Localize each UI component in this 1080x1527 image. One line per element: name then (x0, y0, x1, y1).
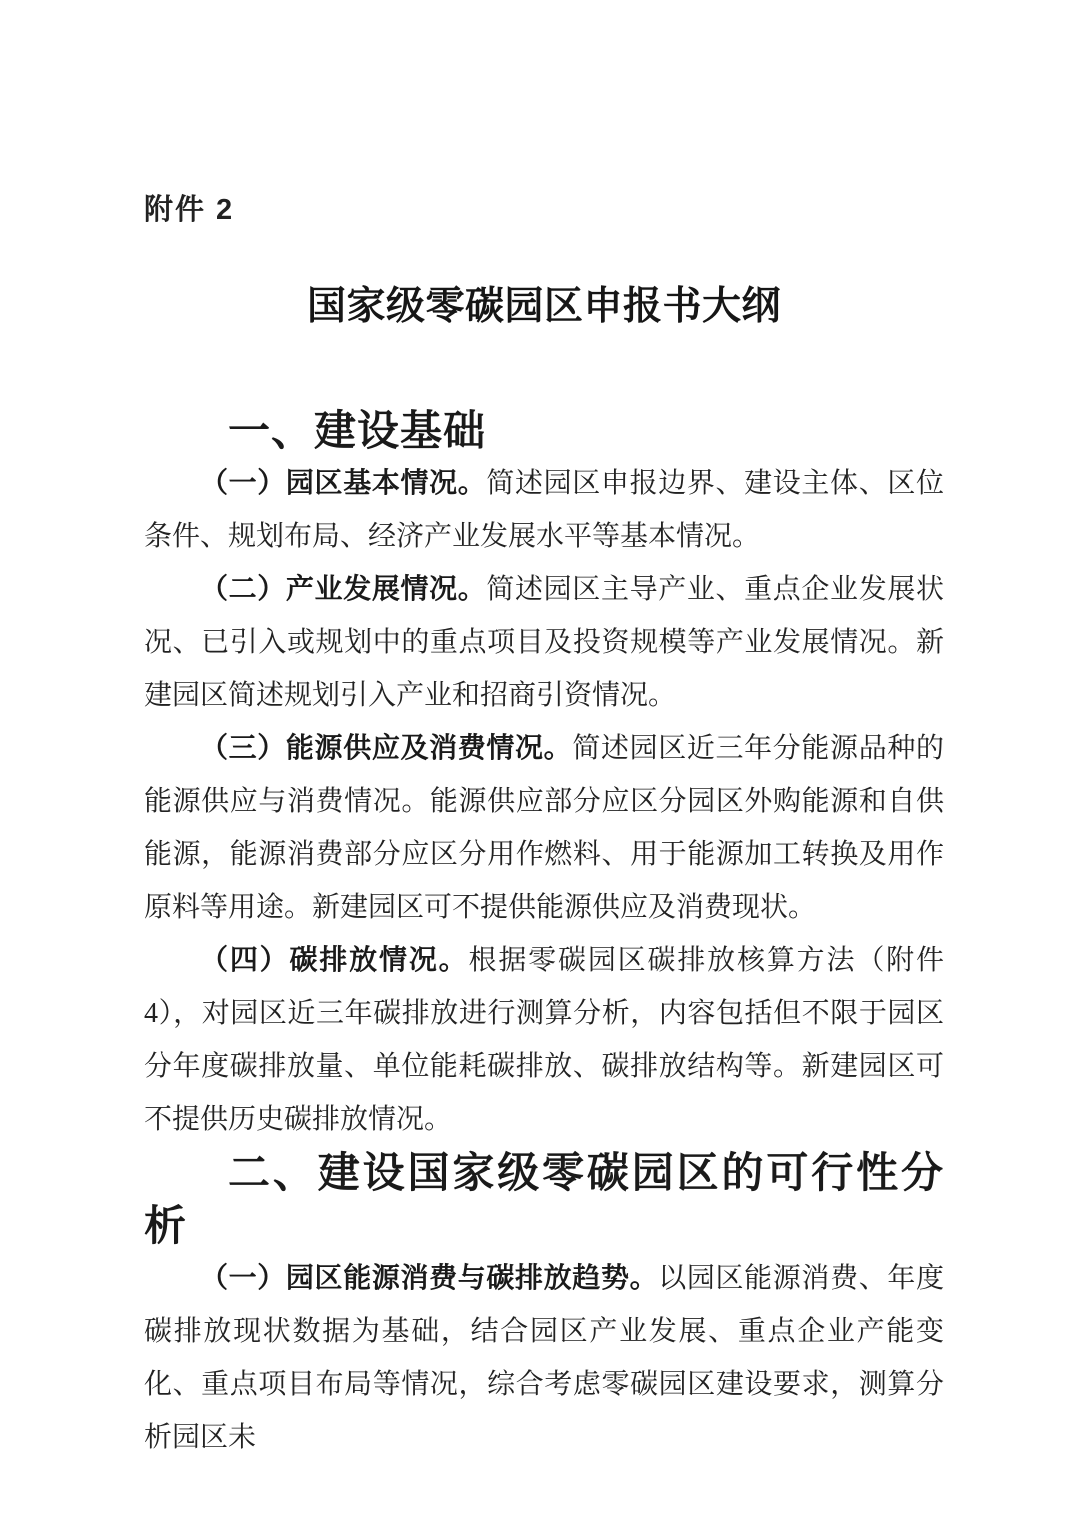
paragraph-1-4-lead: （四）碳排放情况。 (200, 945, 469, 976)
document-body: 一、建设基础 （一）园区基本情况。简述园区申报边界、建设主体、区位条件、规划布局… (144, 404, 944, 1464)
paragraph-1-2: （二）产业发展情况。简述园区主导产业、重点企业发展状况、已引入或规划中的重点项目… (144, 563, 944, 722)
paragraph-1-3-lead: （三）能源供应及消费情况。 (200, 733, 572, 764)
paragraph-1-2-lead: （二）产业发展情况。 (200, 574, 486, 605)
document-page: 附件 2 国家级零碳园区申报书大纲 一、建设基础 （一）园区基本情况。简述园区申… (0, 0, 1080, 1527)
document-title: 国家级零碳园区申报书大纲 (144, 284, 944, 330)
paragraph-2-1-lead: （一）园区能源消费与碳排放趋势。 (200, 1263, 658, 1294)
paragraph-2-1: （一）园区能源消费与碳排放趋势。以园区能源消费、年度碳排放现状数据为基础，结合园… (144, 1252, 944, 1464)
paragraph-1-1: （一）园区基本情况。简述园区申报边界、建设主体、区位条件、规划布局、经济产业发展… (144, 457, 944, 563)
paragraph-1-3: （三）能源供应及消费情况。简述园区近三年分能源品种的能源供应与消费情况。能源供应… (144, 722, 944, 934)
paragraph-1-1-lead: （一）园区基本情况。 (200, 468, 486, 499)
paragraph-1-4: （四）碳排放情况。根据零碳园区碳排放核算方法（附件 4），对园区近三年碳排放进行… (144, 934, 944, 1146)
section-heading-1: 一、建设基础 (144, 404, 944, 457)
attachment-label: 附件 2 (144, 192, 944, 228)
section-heading-2: 二、建设国家级零碳园区的可行性分析 (144, 1146, 944, 1252)
